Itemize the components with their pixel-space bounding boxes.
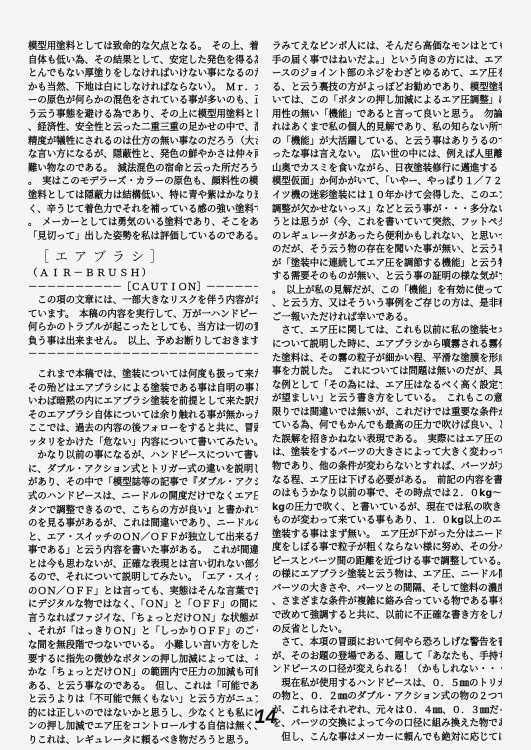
paragraph-continuation: 但し、こんな事はメーカーに頼んでも絶対に応じてはもら <box>272 731 502 745</box>
text-line: さて、本項の冒頭において何やら恐ろしげな警告を書いた <box>272 636 502 650</box>
text-line: 模型用塗料としては致命的な欠点となる。 その上、着色力 <box>28 40 258 54</box>
text-line: 。 実はこのモデラーズ・カラーの原色も、顔料性の模型用 <box>28 175 258 189</box>
text-line: 模型仮面」か何かがいて、「いやー、やっぱり１／７２のド <box>272 175 502 189</box>
text-line: ている為、何でもかんでも最高の圧力で吹けば良い、と云っ <box>272 419 502 433</box>
text-line: ラみてえなビンボ人には、そんだら高価なモンはとてもハァ <box>272 40 502 54</box>
text-line: を、パーツの交換によって今の口径に組み換えた物である。 <box>272 717 502 731</box>
text-line: れはあくまで私の個人的見解であり、私の知らない所ではこ <box>272 121 502 135</box>
text-line: ンドピースの口径が変えられる！（かもしれない・・・）」 <box>272 663 502 677</box>
text-line: とんでもない厚塗りをしなければいけない事になるのだ（し <box>28 67 258 81</box>
paragraph-regulator: ラみてえなビンボ人には、そんだら高価なモンはとてもハァ手の届く事ではねいだよ。」… <box>272 40 502 324</box>
right-column: ラみてえなビンボ人には、そんだら高価なモンはとてもハァ手の届く事ではねいだよ。」… <box>272 40 502 744</box>
text-line: く、辛うじて着色力でそれを補っている感の強い塗料である <box>28 203 258 217</box>
text-line: 物であり、他の条件が変わらないとすれば、パーツが大きく <box>272 460 502 474</box>
text-line: りこれは、レギュレータに頼るべき物だろうと思う。 「よ <box>28 734 258 748</box>
text-line: kgの圧力で吹く、と書いているが、現在では私の吹き方その <box>272 501 502 515</box>
paragraph-color-discussion: 模型用塗料としては致命的な欠点となる。 その上、着色力自体も低い為、その結果とし… <box>28 40 258 243</box>
text-line: タンで調整できるので、こちらの方が良い』と書かれている <box>28 504 258 518</box>
text-line: のだが、そう云う物の存在を聞いた事が無い、と云う事自体 <box>272 243 502 257</box>
text-line: 自体も低い為、その結果として、安定した発色を得る為には <box>28 54 258 68</box>
text-line: 何らかのトラブルが起こったとしても、当方は一切の責任を <box>28 321 258 335</box>
text-line: そのエアブラシ自体については余り触れる事が無かった。 <box>28 409 258 423</box>
text-line: 式のハンドピースは、ニードルの開度だけでなくエア圧もボ <box>28 490 258 504</box>
text-line: 度をしぼる事で粒子が粗くならない様に努め、その分ハンド <box>272 541 502 555</box>
text-line: な言い方になるが、隠蔽性と、発色の鮮やかさは仲々両立し <box>28 148 258 162</box>
text-line: ものが変わって来ている事もあり、１．０kg以上のエア圧で <box>272 514 502 528</box>
text-line: と云うよりは「不可能で無くもない」と云う方がニュアンス <box>28 693 258 707</box>
text-line: 手の届く事ではねいだよ。」という向きの方には、エア・ホ <box>272 54 502 68</box>
text-line: のレギュレータがあったら便利かもしれない、と思いついた <box>272 230 502 244</box>
text-line: ピースとパーツ間の距離を近づける事で調整している。 こ <box>272 555 502 569</box>
text-line: なる程、エア圧は下げる必要がある。 前記の内容を書いた <box>272 474 502 488</box>
text-line: 用性の無い「機能」であると言って良いと思う。 勿論、こ <box>272 108 502 122</box>
text-line: イツ機の迷彩塗装には１０年かけて会得した、このエア圧微 <box>272 189 502 203</box>
text-line: 現在私が使用するハンドピースは、０．５㎜のトリガー式 <box>272 677 502 691</box>
text-line: ある、と云う事なのである。 但し、これは「可能である」 <box>28 680 258 694</box>
text-line: 的には正しいのではないかと思うし、少なくとも私にはボタ <box>28 707 258 721</box>
text-line: ったな事は言えない。 広い世の中には、例えば人里離れた <box>272 148 502 162</box>
left-column: 模型用塗料としては致命的な欠点となる。 その上、着色力自体も低い為、その結果とし… <box>28 40 258 747</box>
text-line: 山奥でカスミを食いながら、日夜塗装修行に邁進する「怪人 <box>272 162 502 176</box>
text-line: かな「ちょっとだけＯＮ」の範囲内で圧力の加減も可能では <box>28 666 258 680</box>
text-line: とは今も思わないが、正確な表現とは言い切れない部分もあ <box>28 558 258 572</box>
text-line: 事である」と云う内容を書いた事がある。 これが間違いだ <box>28 544 258 558</box>
caution-header: －－－－－－－－－－［ＣＡＵＴＩＯＮ］－－－－－－－－－ <box>28 281 258 295</box>
text-line: のはもうかなり以前の事で、その時点では２．０kg～２．５ <box>272 487 502 501</box>
paragraph-intro: これまで本稿では、塗装については何度も扱って来たし、その殆どはエアブラシによる塗… <box>28 368 258 449</box>
text-line: 、と云う方、又はそういう事例をご存じの方は、是非私まで <box>272 297 502 311</box>
caution-text: この項の文章には、一部大きなリスクを伴う内容が含まれています。 本稿の内容を実行… <box>28 294 258 348</box>
text-line: かも当然、下地は白にしなければならない）。 Ｍｒ．カラ <box>28 81 258 95</box>
text-line: 「見切って」出した姿勢を私は評価しているのである。 <box>28 230 258 244</box>
text-line: 事を力説した。 これについては問題は無いのだが、具体的 <box>272 365 502 379</box>
text-line: と、エア・スイッチのＯＮ／ＯＦＦが独立して出来るだけの <box>28 531 258 545</box>
text-line: うとは思うが（今、これを書いていて突然、フットペダル式 <box>272 216 502 230</box>
text-line: は、塗装をするパーツの大きさによって大きく変わってくる <box>272 446 502 460</box>
text-line: ここでは、過去の内容の後フォローをすると共に、冒頭でハ <box>28 422 258 436</box>
text-line: ンの押し加減でエア圧をコントロールする自信は無く、やは <box>28 720 258 734</box>
paragraph-air-pressure: さて、エア圧に関しては、これも以前に私の塗装セオリーについて説明した時に、エアブ… <box>272 324 502 636</box>
text-line: 調整が欠かせないっス」などと云う事が・・・多分ないだろ <box>272 203 502 217</box>
text-line: 。 メーカーとしては勇気のいる塗料であり、そこをあえて <box>28 216 258 230</box>
paragraph-warning-topic: さて、本項の冒頭において何やら恐ろしげな警告を書いたが、そのお題の登場である、題… <box>272 636 502 677</box>
text-line: の物と、０．２㎜のダブル・アクション式の物の２つである <box>272 690 502 704</box>
text-line: な例として「その為には、エア圧はなるべく高く設定する事 <box>272 379 502 393</box>
text-line: 要するに指先の微妙なボタンの押し加減によっては、その僅 <box>28 653 258 667</box>
text-line: 但し、こんな事はメーカーに頼んでも絶対に応じてはもら <box>272 731 502 745</box>
text-line: 、それが「はっきりＯＮ」と「しっかりＯＦＦ」のごく僅か <box>28 625 258 639</box>
text-line: が、そのお題の登場である、題して「あなたも、手持ちのハ <box>272 650 502 664</box>
text-line: の反省としたい。 <box>272 623 502 637</box>
text-line: が望ましい」と云う書き方をしている。 これもこの意味の <box>272 392 502 406</box>
text-line: かなり以前の事になるが、ハンドピースについて書いた時 <box>28 449 258 463</box>
text-line: 難い物なのである。 減法混色の宿命と云った所だろうか） <box>28 162 258 176</box>
text-line: いては、この「ボタンの押し加減によるエア圧調整」は、実 <box>272 94 502 108</box>
text-line: 塗装する事はまず無い。 エア圧が下がった分はニードル開 <box>272 528 502 542</box>
text-line: の様にエアブラシ塗装と云う物は、エア圧、ニードル開度、 <box>272 568 502 582</box>
text-line: ッタリをかけた「危ない」内容について書いてみたい。 <box>28 436 258 450</box>
text-line: 。 以上が私の見解だが、この「機能」を有効に使っている <box>272 284 502 298</box>
text-line: 言うなればファジイな、「ちょっとだけＯＮ」な状態があり <box>28 612 258 626</box>
text-line: その殆どはエアブラシによる塗装である事は自明の事として <box>28 382 258 396</box>
text-line: 負う事は出来ません。 以上、予めお断りしておきます。 <box>28 335 258 349</box>
text-line: について説明した時に、エアブラシから噴霧される霧化され <box>272 338 502 352</box>
text-line: ています。 本稿の内容を実行して、万が一ハンドピースに <box>28 308 258 322</box>
text-line: た誤解を招きかねない表現である。 実際にはエア圧の設定 <box>272 433 502 447</box>
text-line: るので、それについて説明してみたい。 「エア・スイッチ <box>28 571 258 585</box>
text-line: で改めて強調すると共に、以前に不正確な書き方をした事へ <box>272 609 502 623</box>
text-line: な間を無段階でつないでいる。 小難しい言い方をしたが、 <box>28 639 258 653</box>
paragraph-current-handpieces: 現在私が使用するハンドピースは、０．５㎜のトリガー式の物と、０．２㎜のダブル・ア… <box>272 677 502 731</box>
text-line: 精度が犠牲にされるのは仕方の無い事なのだろう（大ざっぱ <box>28 135 258 149</box>
text-line: パーツの大きさや、パーツとの間隔、そして塗料の濃度等々 <box>272 582 502 596</box>
text-line: 限りでは間違いでは無いが、これだけでは重要な条件が抜け <box>272 406 502 420</box>
text-line: ーの原色が何らかの混色をされている事が多いのも、正にこ <box>28 94 258 108</box>
text-line: が「塗装中に連続してエア圧を調節する機能」と云う物に対 <box>272 257 502 271</box>
text-line: この項の文章には、一部大きなリスクを伴う内容が含まれ <box>28 294 258 308</box>
page-number: 14 <box>255 707 276 729</box>
caution-footer: －－－－－－－－－－－－－－－－－－－－－－－－－－－－－ <box>28 348 258 362</box>
text-line: ースのジョイント部のネジをわざとゆるめて、エア圧を下げ <box>272 67 502 81</box>
text-line: 、さまざまな条件が複雑に絡み合っている物である事をここ <box>272 595 502 609</box>
paragraph-handpiece: かなり以前の事になるが、ハンドピースについて書いた時に、ダブル・アクション式とト… <box>28 449 258 747</box>
text-line: さて、エア圧に関しては、これも以前に私の塗装セオリー <box>272 324 502 338</box>
text-line: う云う事態を避ける為であり、その上に模型用塗料としての <box>28 108 258 122</box>
text-line: 塗料としては隠蔽力は結構低い、特に青や紫はかなり透け易 <box>28 189 258 203</box>
text-line: が、これらはそれぞれ、元々は０．４㎜、０．３㎜だった物 <box>272 704 502 718</box>
text-line: のを見る事があるが、これは間違いであり、ニードルの開閉 <box>28 517 258 531</box>
text-line: これまで本稿では、塗装については何度も扱って来たし、 <box>28 368 258 382</box>
section-title-airbrush: ［エアブラシ］ <box>28 249 258 267</box>
text-line: いわば暗黙の内にエアブラシ塗装を前提として来た訳だが、 <box>28 395 258 409</box>
text-line: のＯＮ／ＯＦＦ」とは言っても、実態はそんな言葉で言う程 <box>28 585 258 599</box>
text-line: にデジタルな物ではなく、「ＯＮ」と「ＯＦＦ」の間には、 <box>28 598 258 612</box>
text-line: の「機能」が大活躍している、と云う事はありうるので、め <box>272 135 502 149</box>
text-line: た塗料は、その霧の粒子が細かい程、平滑な塗膜を形成する <box>272 352 502 366</box>
text-line: する需要そのものが無い、と云う事の証明の様な気がする） <box>272 270 502 284</box>
text-line: に、ダブル・アクション式とトリガー式の違いを説明した事 <box>28 463 258 477</box>
text-line: があり、その中で「模型誌等の記事で『ダブル・アクション <box>28 476 258 490</box>
text-line: る、と云う裏技の方がよっぽどお勧めであり、模型塗装にお <box>272 81 502 95</box>
text-line: ご一報いただければ幸いである。 <box>272 311 502 325</box>
text-line: 、経済性、安全性と云った二重三重の足かせの中で、混色の <box>28 121 258 135</box>
section-subtitle: （ＡＩＲ－ＢＲＵＳＨ） <box>28 267 258 281</box>
